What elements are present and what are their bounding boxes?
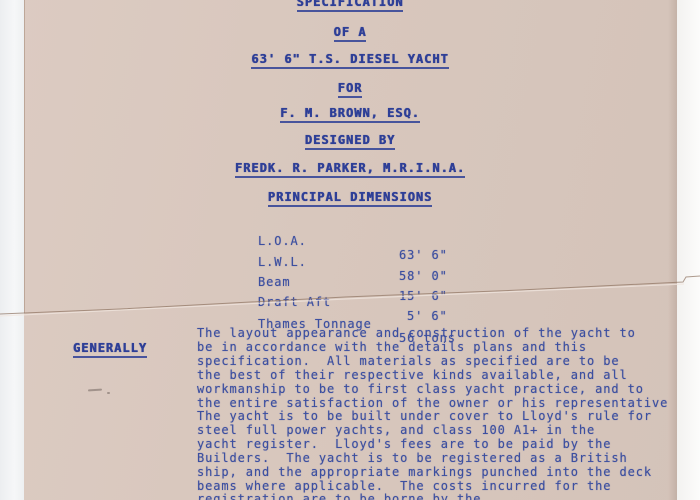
paper-speck [107,392,110,394]
title-of-a: OF A [0,25,700,39]
title-designer: FREDK. R. PARKER, M.R.I.N.A. [0,161,700,175]
spec-paragraph-line: yacht register. Lloyd's fees are to be p… [197,437,611,451]
spec-paragraph-line: workmanship to be to first class yacht p… [197,382,644,396]
spec-paragraph-line: steel full power yachts, and class 100 A… [197,423,595,437]
title-owner: F. M. BROWN, ESQ. [0,106,700,120]
paper-speck [88,389,102,392]
scanned-document-page: SPECIFICATION OF A 63' 6" T.S. DIESEL YA… [0,0,700,500]
spec-paragraph-line: The layout appearance and construction o… [197,326,636,340]
spec-paragraph-line: beams where applicable. The costs incurr… [197,479,611,493]
spec-paragraph-line: registration are to be borne by the [197,492,481,500]
title-principal-dimensions: PRINCIPAL DIMENSIONS [0,190,700,204]
spec-paragraph-line: be in accordance with the details plans … [197,340,587,354]
title-designed-by: DESIGNED BY [0,133,700,147]
spec-paragraph-line: ship, and the appropriate markings punch… [197,465,652,479]
spec-paragraph-line: the entire satisfaction of the owner or … [197,396,668,410]
spec-paragraph-line: specification. All materials as specifie… [197,354,619,368]
spec-paragraph-line: the best of their respective kinds avail… [197,368,628,382]
spec-paragraph-line: The yacht is to be built under cover to … [197,409,652,423]
title-yacht-type: 63' 6" T.S. DIESEL YACHT [0,52,700,66]
title-specification: SPECIFICATION [0,0,700,9]
generally-heading: GENERALLY [40,327,147,369]
spec-paragraph-line: Builders. The yacht is to be registered … [197,451,628,465]
title-for: FOR [0,81,700,95]
